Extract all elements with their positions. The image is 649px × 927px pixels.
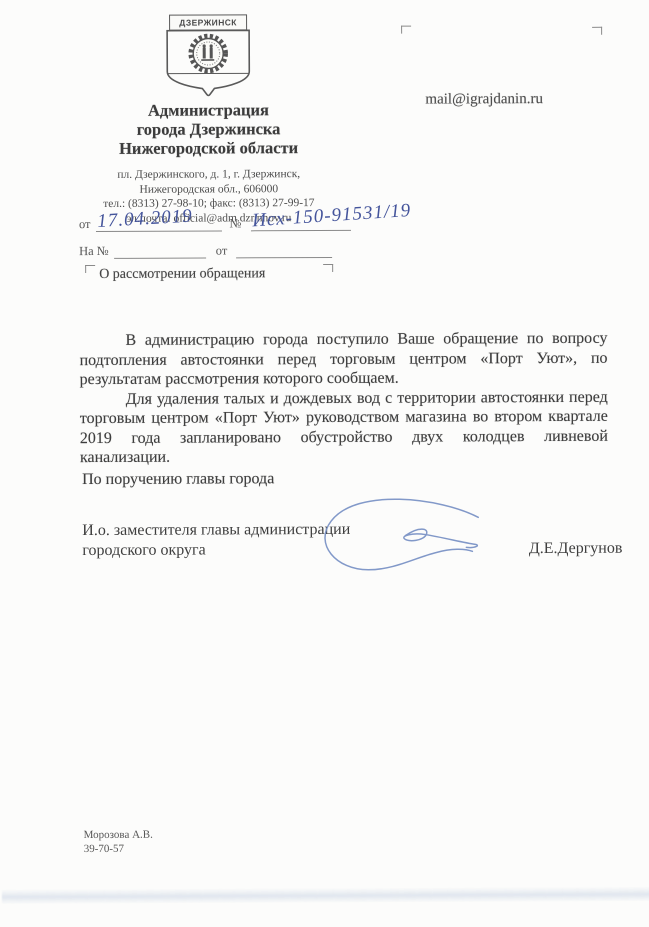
recipient-email: mail@igrajdanin.ru [425,91,543,109]
organization-name: Администрация города Дзержинска Нижегоро… [50,100,366,158]
coat-of-arms-banner: ДЗЕРЖИНСК [169,14,247,30]
body-paragraph-2: Для удаления талых и дождевых вод с терр… [80,387,608,467]
signer-position: И.о. заместителя главы администрации гор… [82,520,350,560]
coat-of-arms-shield-icon [164,29,252,97]
subject-corner-right-icon [323,264,333,272]
scan-page-edge [2,887,649,904]
org-name-line: Нижегородской области [51,138,367,158]
assignment-line: По поручению главы города [82,470,274,489]
org-address-line1: пл. Дзержинского, д. 1, г. Дзержинск, [51,167,367,183]
number-line: Исх-150-91531/19 [250,213,350,231]
letter-body: В администрацию города поступило Ваше об… [79,329,608,468]
signature-block: И.о. заместителя главы администрации гор… [82,519,622,560]
number-label: № [221,216,246,231]
letterhead: ДЗЕРЖИНСК Администрация города Дзержинск… [50,14,367,226]
reply-number-label: На № [79,244,114,259]
reply-number-line [114,241,206,259]
signer-name: Д.Е.Дергунов [529,538,623,558]
reply-date-line [236,240,332,258]
incoming-reference-row: На № от [79,239,439,259]
executor-phone: 39-70-57 [84,842,153,856]
coat-of-arms: ДЗЕРЖИНСК [162,14,254,97]
reference-block: от 17.04.2019 № Исх-150-91531/19 На № от [79,212,439,268]
org-name-line: города Дзержинска [50,119,366,139]
signer-position-line1: И.о. заместителя главы администрации [82,520,350,541]
recipient-corner-left-icon [401,26,411,34]
executor-name: Морозова А.В. [84,829,153,843]
signer-position-line2: городского округа [82,539,350,560]
subject-field: О рассмотрении обращения [85,264,333,283]
subject-text: О рассмотрении обращения [95,264,271,283]
subject-corner-left-icon [85,265,95,273]
body-paragraph-1: В администрацию города поступило Ваше об… [79,329,607,390]
from-label: от [79,217,96,232]
executor-block: Морозова А.В. 39-70-57 [84,829,153,856]
letter-document: mail@igrajdanin.ru ДЗЕРЖИНСК [0,0,649,927]
org-name-line: Администрация [50,100,366,120]
scanned-letter-page: mail@igrajdanin.ru ДЗЕРЖИНСК [0,0,649,927]
handwritten-date: 17.04.2019 [96,206,193,233]
outgoing-reference-row: от 17.04.2019 № Исх-150-91531/19 [79,212,439,232]
org-address-line2: Нижегородская обл., 606000 [51,181,367,197]
recipient-corner-right-icon [592,27,602,35]
date-line: 17.04.2019 [95,213,221,232]
reply-from-label: от [206,243,233,258]
